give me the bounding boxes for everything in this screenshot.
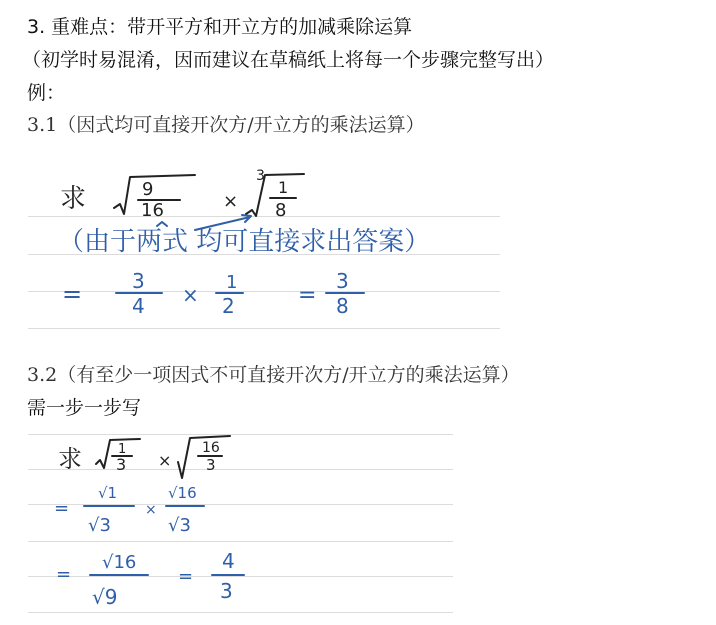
note: （初学时易混淆，因而建议在草稿纸上将每一个步骤完整写出） [22,45,554,72]
svg-text:3: 3 [220,579,233,603]
svg-text:=: = [54,498,69,519]
svg-text:√9: √9 [92,585,117,609]
heading: 3. 重难点：带开平方和开立方的加减乘除运算 [27,12,412,39]
svg-text:√1: √1 [98,484,117,502]
svg-text:=: = [298,283,316,308]
svg-text:16: 16 [202,440,220,456]
svg-text:√3: √3 [88,515,111,536]
svg-text:×: × [158,451,171,470]
svg-text:2: 2 [222,294,235,318]
svg-text:3: 3 [132,269,145,293]
section-3-2-subtitle: 需一步一步写 [27,393,141,420]
svg-text:√16: √16 [102,552,136,573]
svg-text:3: 3 [206,456,216,474]
svg-text:√3: √3 [168,515,191,536]
svg-text:8: 8 [275,200,286,221]
handwriting-example-2: 求 1 3 × 16 3 = √1 √3 × √16 √3 = √16 √9 =… [0,420,470,625]
qiu-char: 求 [60,184,86,214]
svg-text:9: 9 [142,179,153,200]
svg-text:×: × [145,502,157,518]
svg-text:3: 3 [336,269,349,293]
example-label: 例： [27,78,65,105]
svg-text:8: 8 [336,294,349,318]
handwriting-example-1: 求 9 16 × 3 1 8 （由于两式 均可直接求出答案） = 3 4 × 1… [0,150,520,340]
svg-text:4: 4 [222,549,235,573]
svg-text:=: = [62,280,82,308]
section-3-2-title: 3.2（有至少一项因式不可直接开次方/开立方的乘法运算） [27,360,520,387]
section-3-1-title: 3.1（因式均可直接开次方/开立方的乘法运算） [27,110,425,137]
svg-text:×: × [223,191,238,212]
svg-text:求: 求 [58,445,82,473]
annotation-text: （由于两式 均可直接求出答案） [58,227,430,257]
svg-text:×: × [182,283,199,307]
svg-text:1: 1 [278,178,288,197]
svg-text:3: 3 [116,455,126,474]
svg-text:=: = [56,564,71,585]
svg-text:4: 4 [132,294,145,318]
svg-text:1: 1 [226,272,237,293]
svg-text:√16: √16 [168,484,197,502]
svg-text:16: 16 [141,200,164,221]
svg-text:=: = [178,566,193,587]
